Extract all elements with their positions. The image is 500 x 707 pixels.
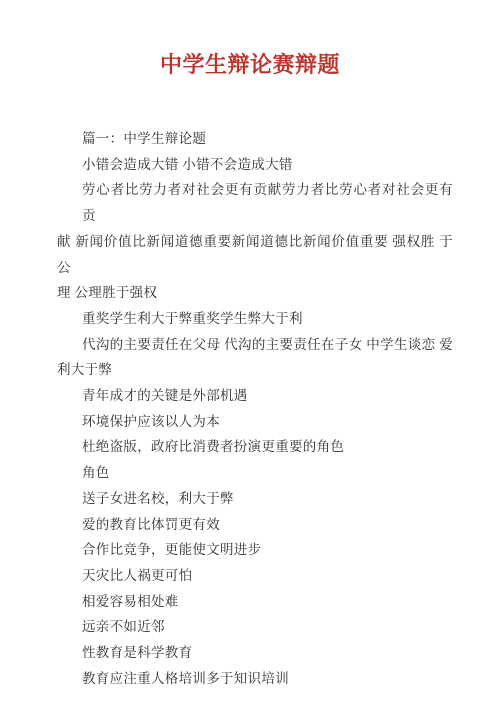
- text-line: 天灾比人祸更可怕: [57, 563, 453, 589]
- text-line: 小错会造成大错 小错不会造成大错: [57, 152, 453, 178]
- text-line: 相爱容易相处难: [57, 589, 453, 615]
- text-line: 青年成才的关键是外部机遇: [57, 383, 453, 409]
- text-line: 理 公理胜于强权: [57, 280, 453, 306]
- document-page: 中学生辩论赛辩题 篇一：中学生辩论题小错会造成大错 小错不会造成大错劳心者比劳力…: [0, 0, 500, 707]
- text-line: 劳心者比劳力者对社会更有贡献劳力者比劳心者对社会更有 贡: [57, 177, 453, 228]
- text-line: 代沟的主要责任在父母 代沟的主要责任在子女 中学生谈恋 爱: [57, 332, 453, 358]
- text-line: 教育应注重人格培训多于知识培训: [57, 666, 453, 692]
- text-line: 合作比竞争，更能使文明进步: [57, 537, 453, 563]
- text-line: 利大于弊: [57, 357, 453, 383]
- text-line: 角色: [57, 460, 453, 486]
- document-body: 篇一：中学生辩论题小错会造成大错 小错不会造成大错劳心者比劳力者对社会更有贡献劳…: [57, 126, 453, 691]
- text-line: 爱的教育比体罚更有效: [57, 512, 453, 538]
- text-line: 环境保护应该以人为本: [57, 409, 453, 435]
- text-line: 送子女进名校，利大于弊: [57, 486, 453, 512]
- text-line: 性教育是科学教育: [57, 640, 453, 666]
- document-title: 中学生辩论赛辩题: [0, 0, 500, 78]
- text-line: 重奖学生利大于弊重奖学生弊大于利: [57, 306, 453, 332]
- text-line: 杜绝盗版，政府比消费者扮演更重要的角色: [57, 434, 453, 460]
- text-line: 篇一：中学生辩论题: [57, 126, 453, 152]
- text-line: 献 新闻价值比新闻道德重要新闻道德比新闻价值重要 强权胜 于公: [57, 229, 453, 280]
- text-line: 远亲不如近邻: [57, 614, 453, 640]
